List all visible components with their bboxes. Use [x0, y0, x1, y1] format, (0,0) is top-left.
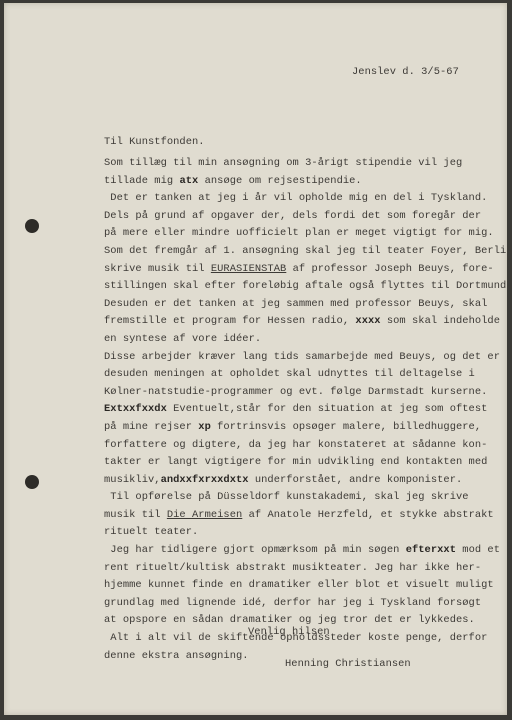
punch-hole [25, 475, 39, 489]
letter-line: takter er langt vigtigere for min udvikl… [104, 454, 512, 472]
text-segment: Som det fremgår af 1. ansøgning skal jeg… [104, 245, 512, 257]
text-segment: rituelt teater. [104, 526, 198, 538]
text-segment: Jeg har tidligere gjort opmærksom på min… [104, 544, 406, 556]
letter-line: Kølner-natstudie-programmer og evt. følg… [104, 384, 512, 402]
underlined-title: Die Armeisen [167, 509, 242, 521]
text-segment: stillingen skal efter foreløbig aftale o… [104, 280, 512, 292]
letter-line: musikliv,andxxfxrxxdxtx underforstået, a… [104, 472, 512, 490]
text-segment: Desuden er det tanken at jeg sammen med … [104, 298, 487, 310]
punch-hole [25, 219, 39, 233]
letter-signature: Henning Christiansen [285, 658, 411, 670]
text-segment: rent rituelt/kultisk abstrakt musikteate… [104, 562, 481, 574]
text-segment: ansøge om rejsestipendie. [198, 175, 361, 187]
text-segment: underforstået, andre komponister. [249, 474, 463, 486]
struck-out-text: andxxfxrxxdxtx [161, 474, 249, 486]
letter-line: Dels på grund af opgaver der, dels fordi… [104, 208, 512, 226]
text-segment: grundlag med lignende idé, derfor har je… [104, 597, 481, 609]
letter-line: Til opførelse på Düsseldorf kunstakademi… [104, 489, 512, 507]
letter-line: fremstille et program for Hessen radio, … [104, 313, 512, 331]
letter-line: desuden meningen at opholdet skal udnytt… [104, 366, 512, 384]
text-segment: fortrinsvis opsøger malere, billedhugger… [211, 421, 481, 433]
letter-page: Jenslev d. 3/5-67 Til Kunstfonden. Som t… [4, 3, 507, 715]
text-segment: Disse arbejder kræver lang tids samarbej… [104, 351, 500, 363]
text-segment: mod et [456, 544, 500, 556]
letter-line: musik til Die Armeisen af Anatole Herzfe… [104, 507, 512, 525]
letter-line: Extxxfxxdx Eventuelt,står for den situat… [104, 401, 512, 419]
text-segment: som skal indeholde [381, 315, 500, 327]
text-segment: Som tillæg til min ansøgning om 3-årigt … [104, 157, 462, 169]
text-segment: af professor Joseph Beuys, fore- [286, 263, 493, 275]
text-segment: Eventuelt,står for den situation at jeg … [167, 403, 488, 415]
text-segment: skrive musik til [104, 263, 211, 275]
letter-line: skrive musik til EURASIENSTAB af profess… [104, 261, 512, 279]
letter-line: tillade mig atx ansøge om rejsestipendie… [104, 173, 512, 191]
letter-line: hjemme kunnet finde en dramatiker eller … [104, 577, 512, 595]
struck-out-text: xp [198, 421, 211, 433]
letter-line: på mere eller mindre uofficielt plan er … [104, 225, 512, 243]
letter-line: rituelt teater. [104, 524, 512, 542]
struck-out-text: atx [179, 175, 198, 187]
letter-line: Jeg har tidligere gjort opmærksom på min… [104, 542, 512, 560]
letter-date: Jenslev d. 3/5-67 [352, 66, 459, 78]
text-segment: desuden meningen at opholdet skal udnytt… [104, 368, 475, 380]
text-segment: at opspore en sådan dramatiker og jeg tr… [104, 614, 475, 626]
struck-out-text: xxxx [355, 315, 380, 327]
text-segment: Kølner-natstudie-programmer og evt. følg… [104, 386, 487, 398]
text-segment: Til opførelse på Düsseldorf kunstakademi… [104, 491, 469, 503]
struck-out-text: Extxxfxxdx [104, 403, 167, 415]
letter-body: Som tillæg til min ansøgning om 3-årigt … [104, 155, 512, 665]
text-segment: på mine rejser [104, 421, 198, 433]
letter-line: en syntese af vore idéer. [104, 331, 512, 349]
letter-closing: Venlig hilsen [248, 626, 330, 638]
text-segment: forfattere og digtere, da jeg har konsta… [104, 439, 487, 451]
underlined-title: EURASIENSTAB [211, 263, 286, 275]
text-segment: på mere eller mindre uofficielt plan er … [104, 227, 494, 239]
text-segment: tillade mig [104, 175, 179, 187]
letter-line: Desuden er det tanken at jeg sammen med … [104, 296, 512, 314]
letter-line: Det er tanken at jeg i år vil opholde mi… [104, 190, 512, 208]
letter-line: rent rituelt/kultisk abstrakt musikteate… [104, 560, 512, 578]
struck-out-text: efterxxt [406, 544, 456, 556]
text-segment: takter er langt vigtigere for min udvikl… [104, 456, 487, 468]
letter-line: grundlag med lignende idé, derfor har je… [104, 595, 512, 613]
text-segment: en syntese af vore idéer. [104, 333, 261, 345]
letter-salutation: Til Kunstfonden. [104, 136, 205, 148]
letter-line: Disse arbejder kræver lang tids samarbej… [104, 349, 512, 367]
text-segment: Dels på grund af opgaver der, dels fordi… [104, 210, 481, 222]
text-segment: musik til [104, 509, 167, 521]
letter-line: Som tillæg til min ansøgning om 3-årigt … [104, 155, 512, 173]
text-segment: musikliv, [104, 474, 161, 486]
letter-line: forfattere og digtere, da jeg har konsta… [104, 437, 512, 455]
text-segment: Det er tanken at jeg i år vil opholde mi… [104, 192, 487, 204]
letter-line: på mine rejser xp fortrinsvis opsøger ma… [104, 419, 512, 437]
text-segment: fremstille et program for Hessen radio, [104, 315, 355, 327]
text-segment: hjemme kunnet finde en dramatiker eller … [104, 579, 494, 591]
text-segment: denne ekstra ansøgning. [104, 650, 249, 662]
text-segment: af Anatole Herzfeld, et stykke abstrakt [242, 509, 493, 521]
letter-line: Som det fremgår af 1. ansøgning skal jeg… [104, 243, 512, 261]
letter-line: stillingen skal efter foreløbig aftale o… [104, 278, 512, 296]
